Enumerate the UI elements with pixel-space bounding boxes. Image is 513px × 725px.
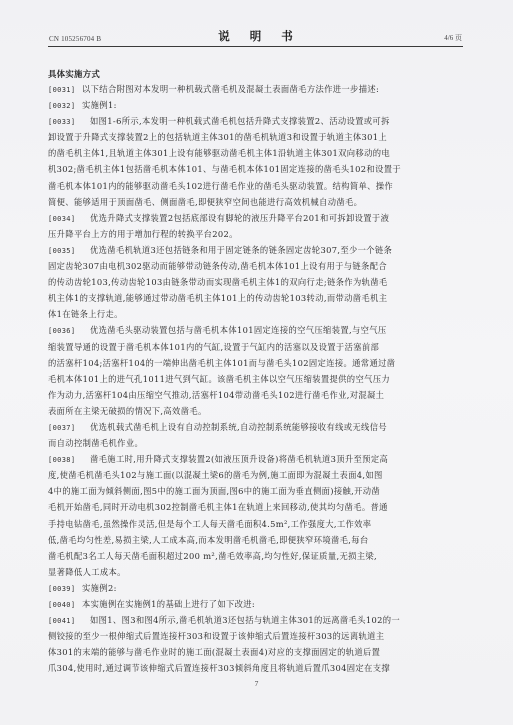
line-text: 低,凿毛均匀性差,易损主梁,人工成本高,而本发明凿毛机凿毛,即便狭窄环境凿毛,每… [48,535,369,545]
line-text: 的活塞杆104;活塞杆104的一端伸出凿毛机主体101而与凿毛头102固定连接。… [48,358,395,368]
patent-page: CN 105256704 B 说 明 书 4/6 页 具体实施方式 [0031]… [0,0,513,725]
paragraph-number: [0040] [48,597,82,612]
line-text: 的传动齿轮103,传动齿轮103由链条带动而实现凿毛机主体1的双向行走;链条作为… [48,277,388,287]
text-line: 而自动控制凿毛机作业。 [48,435,464,451]
line-text: 以下结合附图对本发明一种机载式凿毛机及混凝土表面凿毛方法作进一步描述: [82,84,379,94]
line-text: 优选凿毛机轨道3还包括链条和用于固定链条的链条固定齿轮307,至少一个链条 [90,245,392,255]
paragraph-number: [0039] [48,581,82,596]
line-text: 固定齿轮307由电机302驱动而能够带动链条传动,凿毛机本体101上设有用于与链… [48,261,387,271]
line-text: 体301的末端的能够与凿毛作业时的施工面(混凝土表面4)对应的支撑面固定的轨道后… [48,647,380,657]
page-indicator: 4/6 页 [444,33,462,43]
line-text: 实施例1: [82,100,117,110]
line-text: 而自动控制凿毛机作业。 [48,438,143,448]
line-text: 实施例2: [82,583,117,593]
paragraph-number: [0034] [48,211,82,226]
text-line: 毛机开始凿毛,同时开动电机302控制凿毛机主体1在轨道上来回移动,使其均匀凿毛。… [48,499,464,515]
text-line: 简便、能够适用于顶面凿毛、侧面凿毛,即便狭窄空间也能进行高效机械自动凿毛。 [48,194,464,210]
line-text: 简便、能够适用于顶面凿毛、侧面凿毛,即便狭窄空间也能进行高效机械自动凿毛。 [48,197,362,207]
page-number: 7 [255,679,259,688]
text-line: 凿毛机配3名工人每天凿毛面积超过200 m²,凿毛效率高,均匀性好,保证质量,无… [48,548,464,564]
paragraph-start-line: [0040]本实施例在实施例1的基础上进行了如下改进: [48,596,464,612]
line-text: 侧铰接的至少一根伸缩式后置连接杆303和设置于该伸缩式后置连接杆303的远离轨道… [48,631,384,641]
text-line: 手持电钻凿毛,虽然操作灵活,但是每个工人每天凿毛面积4.5m²,工作强度大,工作… [48,516,464,532]
paragraph-number: [0032] [48,98,82,113]
paragraph-start-line: [0036]优选凿毛头驱动装置包括与凿毛机本体101固定连接的空气压缩装置,与空… [48,322,464,338]
text-line: 侧铰接的至少一根伸缩式后置连接杆303和设置于该伸缩式后置连接杆303的远离轨道… [48,628,464,644]
line-text: 优选升降式支撑装置2包括底部设有脚轮的液压升降平台201和可拆卸设置于液 [90,213,389,223]
text-line: 度,使凿毛机凿毛头102与施工面(以混凝土梁6的凿毛为例,施工面即为混凝土表面4… [48,467,464,483]
paragraph-number: [0041] [48,613,82,628]
text-line: 机主体1的支撑轨道,能够通过带动凿毛机主体101上的传动齿轮103转动,而带动凿… [48,290,464,306]
paragraph-lines: [0031]以下结合附图对本发明一种机载式凿毛机及混凝土表面凿毛方法作进一步描述… [48,81,464,676]
line-text: 作为动力,活塞杆104由压缩空气推动,活塞杆104带动凿毛头102进行凿毛作业,… [48,390,384,400]
text-line: 凿毛机本体101内的能够驱动凿毛头102进行凿毛作业的凿毛头驱动装置。结构简单、… [48,178,464,194]
text-line: 爪304,使用时,通过调节该伸缩式后置连接杆303倾斜角度且将轨道后置爪304固… [48,660,464,676]
text-line: 低,凿毛均匀性差,易损主梁,人工成本高,而本发明凿毛机凿毛,即便狭窄环境凿毛,每… [48,532,464,548]
section-title: 具体实施方式 [48,67,464,81]
paragraph-start-line: [0033]如图1-6所示,本发明一种机载式凿毛机包括升降式支撑装置2、活动设置… [48,113,464,129]
text-line: 固定齿轮307由电机302驱动而能够带动链条传动,凿毛机本体101上设有用于与链… [48,258,464,274]
paragraph-start-line: [0034]优选升降式支撑装置2包括底部设有脚轮的液压升降平台201和可拆卸设置… [48,210,464,226]
text-line: 体1在链条上行走。 [48,306,464,322]
document-title: 说 明 书 [48,28,463,44]
paragraph-start-line: [0039]实施例2: [48,580,464,596]
paragraph-start-line: [0031]以下结合附图对本发明一种机载式凿毛机及混凝土表面凿毛方法作进一步描述… [48,81,464,97]
text-line: 卸设置于升降式支撑装置2上的包括轨道主体301的凿毛机轨道3和设置于轨道主体30… [48,129,464,145]
text-line: 作为动力,活塞杆104由压缩空气推动,活塞杆104带动凿毛头102进行凿毛作业,… [48,387,464,403]
document-body: 具体实施方式 [0031]以下结合附图对本发明一种机载式凿毛机及混凝土表面凿毛方… [48,67,464,676]
paragraph-number: [0038] [48,452,82,467]
line-text: 爪304,使用时,通过调节该伸缩式后置连接杆303倾斜角度且将轨道后置爪304固… [48,663,390,673]
paragraph-number: [0033] [48,114,82,129]
page-header: CN 105256704 B 说 明 书 4/6 页 [48,28,463,47]
paragraph-start-line: [0041]如图1、图3和图4所示,凿毛机轨道3还包括与轨道主体301的远离凿毛… [48,612,464,628]
paragraph-start-line: [0035]优选凿毛机轨道3还包括链条和用于固定链条的链条固定齿轮307,至少一… [48,242,464,258]
line-text: 优选凿毛头驱动装置包括与凿毛机本体101固定连接的空气压缩装置,与空气压 [90,325,387,335]
line-text: 显著降低人工成本。 [48,567,126,577]
line-text: 4中的施工面为倾斜侧面,图5中的施工面为顶面,图6中的施工面为垂直侧面)接触,开… [48,486,380,496]
text-line: 的传动齿轮103,传动齿轮103由链条带动而实现凿毛机主体1的双向行走;链条作为… [48,274,464,290]
line-text: 本实施例在实施例1的基础上进行了如下改进: [82,599,255,609]
line-text: 手持电钻凿毛,虽然操作灵活,但是每个工人每天凿毛面积4.5m²,工作强度大,工作… [48,519,371,529]
line-text: 凿毛机配3名工人每天凿毛面积超过200 m²,凿毛效率高,均匀性好,保证质量,无… [48,551,377,561]
line-text: 卸设置于升降式支撑装置2上的包括轨道主体301的凿毛机轨道3和设置于轨道主体30… [48,132,387,142]
text-line: 4中的施工面为倾斜侧面,图5中的施工面为顶面,图6中的施工面为垂直侧面)接触,开… [48,483,464,499]
line-text: 压升降平台上方的用于增加行程的转换平台202。 [48,229,238,239]
line-text: 毛机本体101上的进气孔1011进气到气缸。该凿毛机主体以空气压缩装置提供的空气… [48,374,390,384]
line-text: 凿毛机本体101内的能够驱动凿毛头102进行凿毛作业的凿毛头驱动装置。结构简单、… [48,181,393,191]
paragraph-start-line: [0038]凿毛施工时,用升降式支撑装置2(如液压顶升设备)将凿毛机轨道3顶升至… [48,451,464,467]
text-line: 的凿毛机主体1,且轨道主体301上设有能够驱动凿毛机主体1沿轨道主体301双向移… [48,145,464,161]
text-line: 体301的末端的能够与凿毛作业时的施工面(混凝土表面4)对应的支撑面固定的轨道后… [48,644,464,660]
line-text: 毛机开始凿毛,同时开动电机302控制凿毛机主体1在轨道上来回移动,使其均匀凿毛。… [48,502,388,512]
text-line: 显著降低人工成本。 [48,564,464,580]
text-line: 表面所在主梁无破损的情况下,高效凿毛。 [48,403,464,419]
paragraph-number: [0037] [48,420,82,435]
paragraph-start-line: [0032]实施例1: [48,97,464,113]
paragraph-number: [0036] [48,323,82,338]
line-text: 表面所在主梁无破损的情况下,高效凿毛。 [48,406,207,416]
text-line: 的活塞杆104;活塞杆104的一端伸出凿毛机主体101而与凿毛头102固定连接。… [48,355,464,371]
text-line: 缩装置导通的设置于凿毛机本体101内的气缸,设置于气缸内的活塞以及设置于活塞前部 [48,339,464,355]
line-text: 如图1、图3和图4所示,凿毛机轨道3还包括与轨道主体301的远离凿毛头102的一 [90,615,400,625]
paragraph-start-line: [0037]优选机载式凿毛机上设有自动控制系统,自动控制系统能够接收有线或无线信… [48,419,464,435]
line-text: 缩装置导通的设置于凿毛机本体101内的气缸,设置于气缸内的活塞以及设置于活塞前部 [48,342,379,352]
line-text: 优选机载式凿毛机上设有自动控制系统,自动控制系统能够接收有线或无线信号 [90,422,387,432]
text-line: 压升降平台上方的用于增加行程的转换平台202。 [48,226,464,242]
line-text: 度,使凿毛机凿毛头102与施工面(以混凝土梁6的凿毛为例,施工面即为混凝土表面4… [48,470,383,480]
paragraph-number: [0031] [48,82,82,97]
line-text: 如图1-6所示,本发明一种机载式凿毛机包括升降式支撑装置2、活动设置或可拆 [90,116,390,126]
line-text: 机302;凿毛机主体1包括凿毛机本体101、与凿毛机本体101固定连接的凿毛头1… [48,164,401,174]
paragraph-number: [0035] [48,243,82,258]
page-footer: 7 [0,679,513,688]
line-text: 体1在链条上行走。 [48,309,123,319]
line-text: 机主体1的支撑轨道,能够通过带动凿毛机主体101上的传动齿轮103转动,而带动凿… [48,293,387,303]
text-line: 机302;凿毛机主体1包括凿毛机本体101、与凿毛机本体101固定连接的凿毛头1… [48,161,464,177]
line-text: 凿毛施工时,用升降式支撑装置2(如液压顶升设备)将凿毛机轨道3顶升至预定高 [90,454,388,464]
line-text: 的凿毛机主体1,且轨道主体301上设有能够驱动凿毛机主体1沿轨道主体301双向移… [48,148,390,158]
text-line: 毛机本体101上的进气孔1011进气到气缸。该凿毛机主体以空气压缩装置提供的空气… [48,371,464,387]
